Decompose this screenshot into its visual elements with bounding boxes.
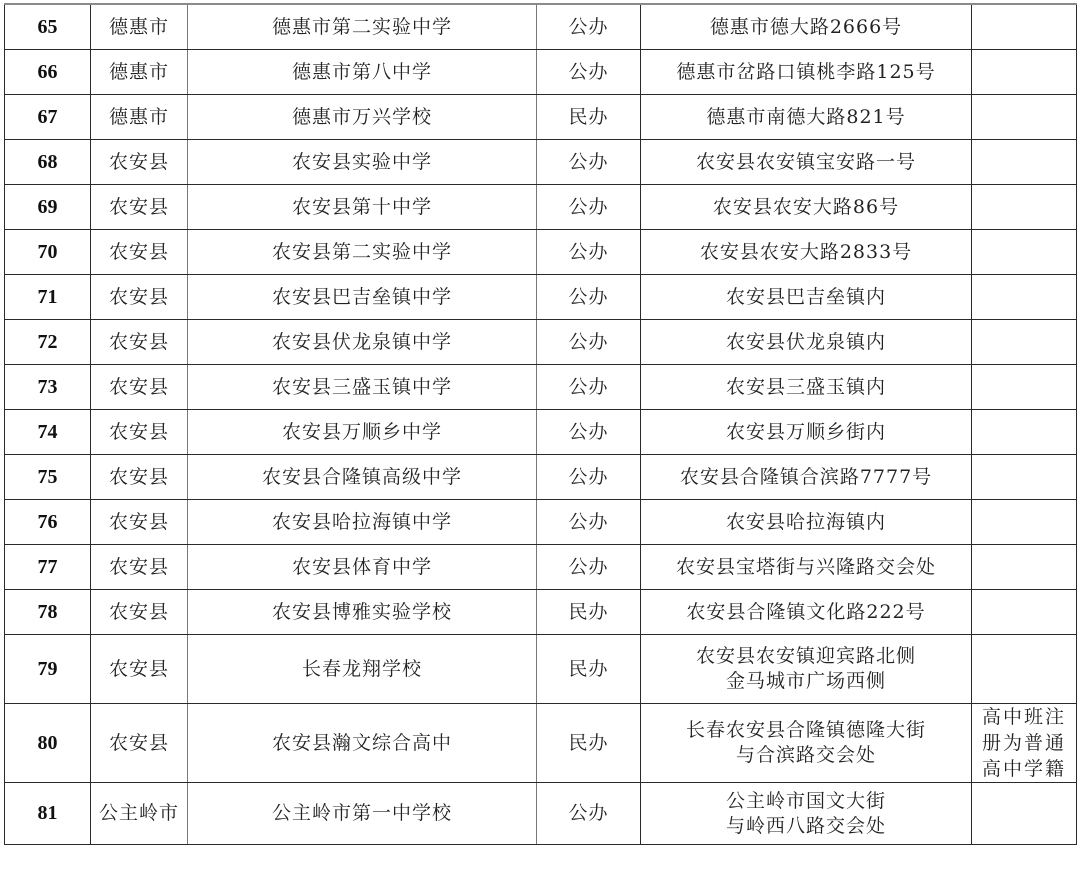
table-row: 67 德惠市 德惠市万兴学校 民办 德惠市南德大路821号 [5,95,1077,140]
remark-line: 册为普通 [974,730,1074,756]
school-type-cell: 公办 [537,4,641,50]
address-cell: 农安县合隆镇合滨路7777号 [641,455,972,500]
school-type-cell: 公办 [537,50,641,95]
remark-cell [972,500,1077,545]
remark-cell [972,140,1077,185]
address-line: 农安县合隆镇文化路222号 [645,600,967,625]
school-type-cell: 民办 [537,635,641,704]
row-number: 67 [5,95,91,140]
address-line: 农安县宝塔街与兴隆路交会处 [645,555,967,580]
remark-cell [972,590,1077,635]
district-cell: 农安县 [91,590,188,635]
address-cell: 农安县合隆镇文化路222号 [641,590,972,635]
remark-cell: 高中班注册为普通高中学籍 [972,704,1077,783]
district-cell: 德惠市 [91,4,188,50]
address-line: 农安县农安镇迎宾路北侧 [645,644,967,669]
school-list-table: 65 德惠市 德惠市第二实验中学 公办 德惠市德大路2666号 66 德惠市 德… [4,3,1077,845]
school-name-cell: 长春龙翔学校 [188,635,537,704]
remark-cell [972,545,1077,590]
table-row: 69 农安县 农安县第十中学 公办 农安县农安大路86号 [5,185,1077,230]
row-number: 78 [5,590,91,635]
school-name-cell: 农安县哈拉海镇中学 [188,500,537,545]
address-cell: 农安县三盛玉镇内 [641,365,972,410]
school-type-cell: 公办 [537,230,641,275]
table-row: 72 农安县 农安县伏龙泉镇中学 公办 农安县伏龙泉镇内 [5,320,1077,365]
school-name-cell: 农安县体育中学 [188,545,537,590]
district-cell: 农安县 [91,545,188,590]
address-cell: 农安县农安镇宝安路一号 [641,140,972,185]
school-name-cell: 农安县巴吉垒镇中学 [188,275,537,320]
address-cell: 长春农安县合隆镇德隆大街与合滨路交会处 [641,704,972,783]
district-cell: 公主岭市 [91,783,188,845]
school-name-cell: 农安县第二实验中学 [188,230,537,275]
address-line: 公主岭市国文大街 [645,789,967,814]
school-type-cell: 民办 [537,95,641,140]
district-cell: 农安县 [91,185,188,230]
school-type-cell: 公办 [537,320,641,365]
address-cell: 公主岭市国文大街与岭西八路交会处 [641,783,972,845]
remark-cell [972,185,1077,230]
address-line: 农安县万顺乡街内 [645,420,967,445]
row-number: 65 [5,4,91,50]
address-line: 德惠市岔路口镇桃李路125号 [645,60,967,85]
address-cell: 德惠市南德大路821号 [641,95,972,140]
address-line: 农安县农安大路86号 [645,195,967,220]
school-name-cell: 农安县第十中学 [188,185,537,230]
school-type-cell: 公办 [537,410,641,455]
row-number: 71 [5,275,91,320]
remark-cell [972,95,1077,140]
school-name-cell: 农安县伏龙泉镇中学 [188,320,537,365]
district-cell: 农安县 [91,704,188,783]
address-cell: 农安县万顺乡街内 [641,410,972,455]
remark-cell [972,455,1077,500]
row-number: 70 [5,230,91,275]
table-row: 76 农安县 农安县哈拉海镇中学 公办 农安县哈拉海镇内 [5,500,1077,545]
address-cell: 农安县伏龙泉镇内 [641,320,972,365]
remark-cell [972,635,1077,704]
district-cell: 德惠市 [91,95,188,140]
table-body: 65 德惠市 德惠市第二实验中学 公办 德惠市德大路2666号 66 德惠市 德… [5,4,1077,845]
school-type-cell: 公办 [537,365,641,410]
school-type-cell: 民办 [537,704,641,783]
school-type-cell: 公办 [537,783,641,845]
district-cell: 农安县 [91,275,188,320]
remark-cell [972,783,1077,845]
row-number: 75 [5,455,91,500]
school-name-cell: 德惠市第二实验中学 [188,4,537,50]
remark-cell [972,320,1077,365]
row-number: 77 [5,545,91,590]
remark-cell [972,365,1077,410]
row-number: 73 [5,365,91,410]
school-type-cell: 公办 [537,545,641,590]
table-row: 81 公主岭市 公主岭市第一中学校 公办 公主岭市国文大街与岭西八路交会处 [5,783,1077,845]
district-cell: 农安县 [91,500,188,545]
address-cell: 农安县农安大路86号 [641,185,972,230]
address-line: 农安县合隆镇合滨路7777号 [645,465,967,490]
school-name-cell: 农安县合隆镇高级中学 [188,455,537,500]
address-line: 与合滨路交会处 [645,743,967,768]
school-name-cell: 公主岭市第一中学校 [188,783,537,845]
address-line: 农安县巴吉垒镇内 [645,285,967,310]
school-type-cell: 公办 [537,185,641,230]
table-row: 79 农安县 长春龙翔学校 民办 农安县农安镇迎宾路北侧金马城市广场西侧 [5,635,1077,704]
remark-cell [972,230,1077,275]
row-number: 69 [5,185,91,230]
table-row: 80 农安县 农安县瀚文综合高中 民办 长春农安县合隆镇德隆大街与合滨路交会处 … [5,704,1077,783]
table-row: 74 农安县 农安县万顺乡中学 公办 农安县万顺乡街内 [5,410,1077,455]
table-row: 66 德惠市 德惠市第八中学 公办 德惠市岔路口镇桃李路125号 [5,50,1077,95]
table-row: 75 农安县 农安县合隆镇高级中学 公办 农安县合隆镇合滨路7777号 [5,455,1077,500]
row-number: 72 [5,320,91,365]
address-line: 农安县三盛玉镇内 [645,375,967,400]
school-type-cell: 公办 [537,455,641,500]
school-name-cell: 农安县瀚文综合高中 [188,704,537,783]
school-type-cell: 民办 [537,590,641,635]
school-name-cell: 德惠市万兴学校 [188,95,537,140]
table-row: 73 农安县 农安县三盛玉镇中学 公办 农安县三盛玉镇内 [5,365,1077,410]
address-line: 德惠市南德大路821号 [645,105,967,130]
district-cell: 德惠市 [91,50,188,95]
row-number: 80 [5,704,91,783]
district-cell: 农安县 [91,140,188,185]
district-cell: 农安县 [91,455,188,500]
school-type-cell: 公办 [537,500,641,545]
district-cell: 农安县 [91,365,188,410]
row-number: 68 [5,140,91,185]
school-name-cell: 农安县博雅实验学校 [188,590,537,635]
district-cell: 农安县 [91,320,188,365]
address-line: 农安县哈拉海镇内 [645,510,967,535]
table-row: 71 农安县 农安县巴吉垒镇中学 公办 农安县巴吉垒镇内 [5,275,1077,320]
row-number: 79 [5,635,91,704]
address-cell: 农安县哈拉海镇内 [641,500,972,545]
address-cell: 农安县农安镇迎宾路北侧金马城市广场西侧 [641,635,972,704]
table-row: 77 农安县 农安县体育中学 公办 农安县宝塔街与兴隆路交会处 [5,545,1077,590]
address-line: 德惠市德大路2666号 [645,15,967,40]
remark-line: 高中学籍 [974,756,1074,782]
row-number: 81 [5,783,91,845]
table-row: 65 德惠市 德惠市第二实验中学 公办 德惠市德大路2666号 [5,4,1077,50]
table-row: 78 农安县 农安县博雅实验学校 民办 农安县合隆镇文化路222号 [5,590,1077,635]
school-name-cell: 农安县实验中学 [188,140,537,185]
address-cell: 农安县宝塔街与兴隆路交会处 [641,545,972,590]
row-number: 74 [5,410,91,455]
address-cell: 德惠市德大路2666号 [641,4,972,50]
school-name-cell: 德惠市第八中学 [188,50,537,95]
district-cell: 农安县 [91,635,188,704]
school-name-cell: 农安县万顺乡中学 [188,410,537,455]
address-line: 农安县伏龙泉镇内 [645,330,967,355]
address-line: 金马城市广场西侧 [645,669,967,694]
row-number: 76 [5,500,91,545]
school-type-cell: 公办 [537,140,641,185]
district-cell: 农安县 [91,410,188,455]
address-line: 农安县农安大路2833号 [645,240,967,265]
address-line: 与岭西八路交会处 [645,814,967,839]
table-row: 70 农安县 农安县第二实验中学 公办 农安县农安大路2833号 [5,230,1077,275]
remark-cell [972,275,1077,320]
remark-cell [972,4,1077,50]
district-cell: 农安县 [91,230,188,275]
remark-cell [972,50,1077,95]
remark-cell [972,410,1077,455]
address-cell: 农安县农安大路2833号 [641,230,972,275]
school-type-cell: 公办 [537,275,641,320]
school-name-cell: 农安县三盛玉镇中学 [188,365,537,410]
address-line: 长春农安县合隆镇德隆大街 [645,718,967,743]
row-number: 66 [5,50,91,95]
address-line: 农安县农安镇宝安路一号 [645,150,967,175]
table-row: 68 农安县 农安县实验中学 公办 农安县农安镇宝安路一号 [5,140,1077,185]
address-cell: 农安县巴吉垒镇内 [641,275,972,320]
remark-line: 高中班注 [974,704,1074,730]
address-cell: 德惠市岔路口镇桃李路125号 [641,50,972,95]
